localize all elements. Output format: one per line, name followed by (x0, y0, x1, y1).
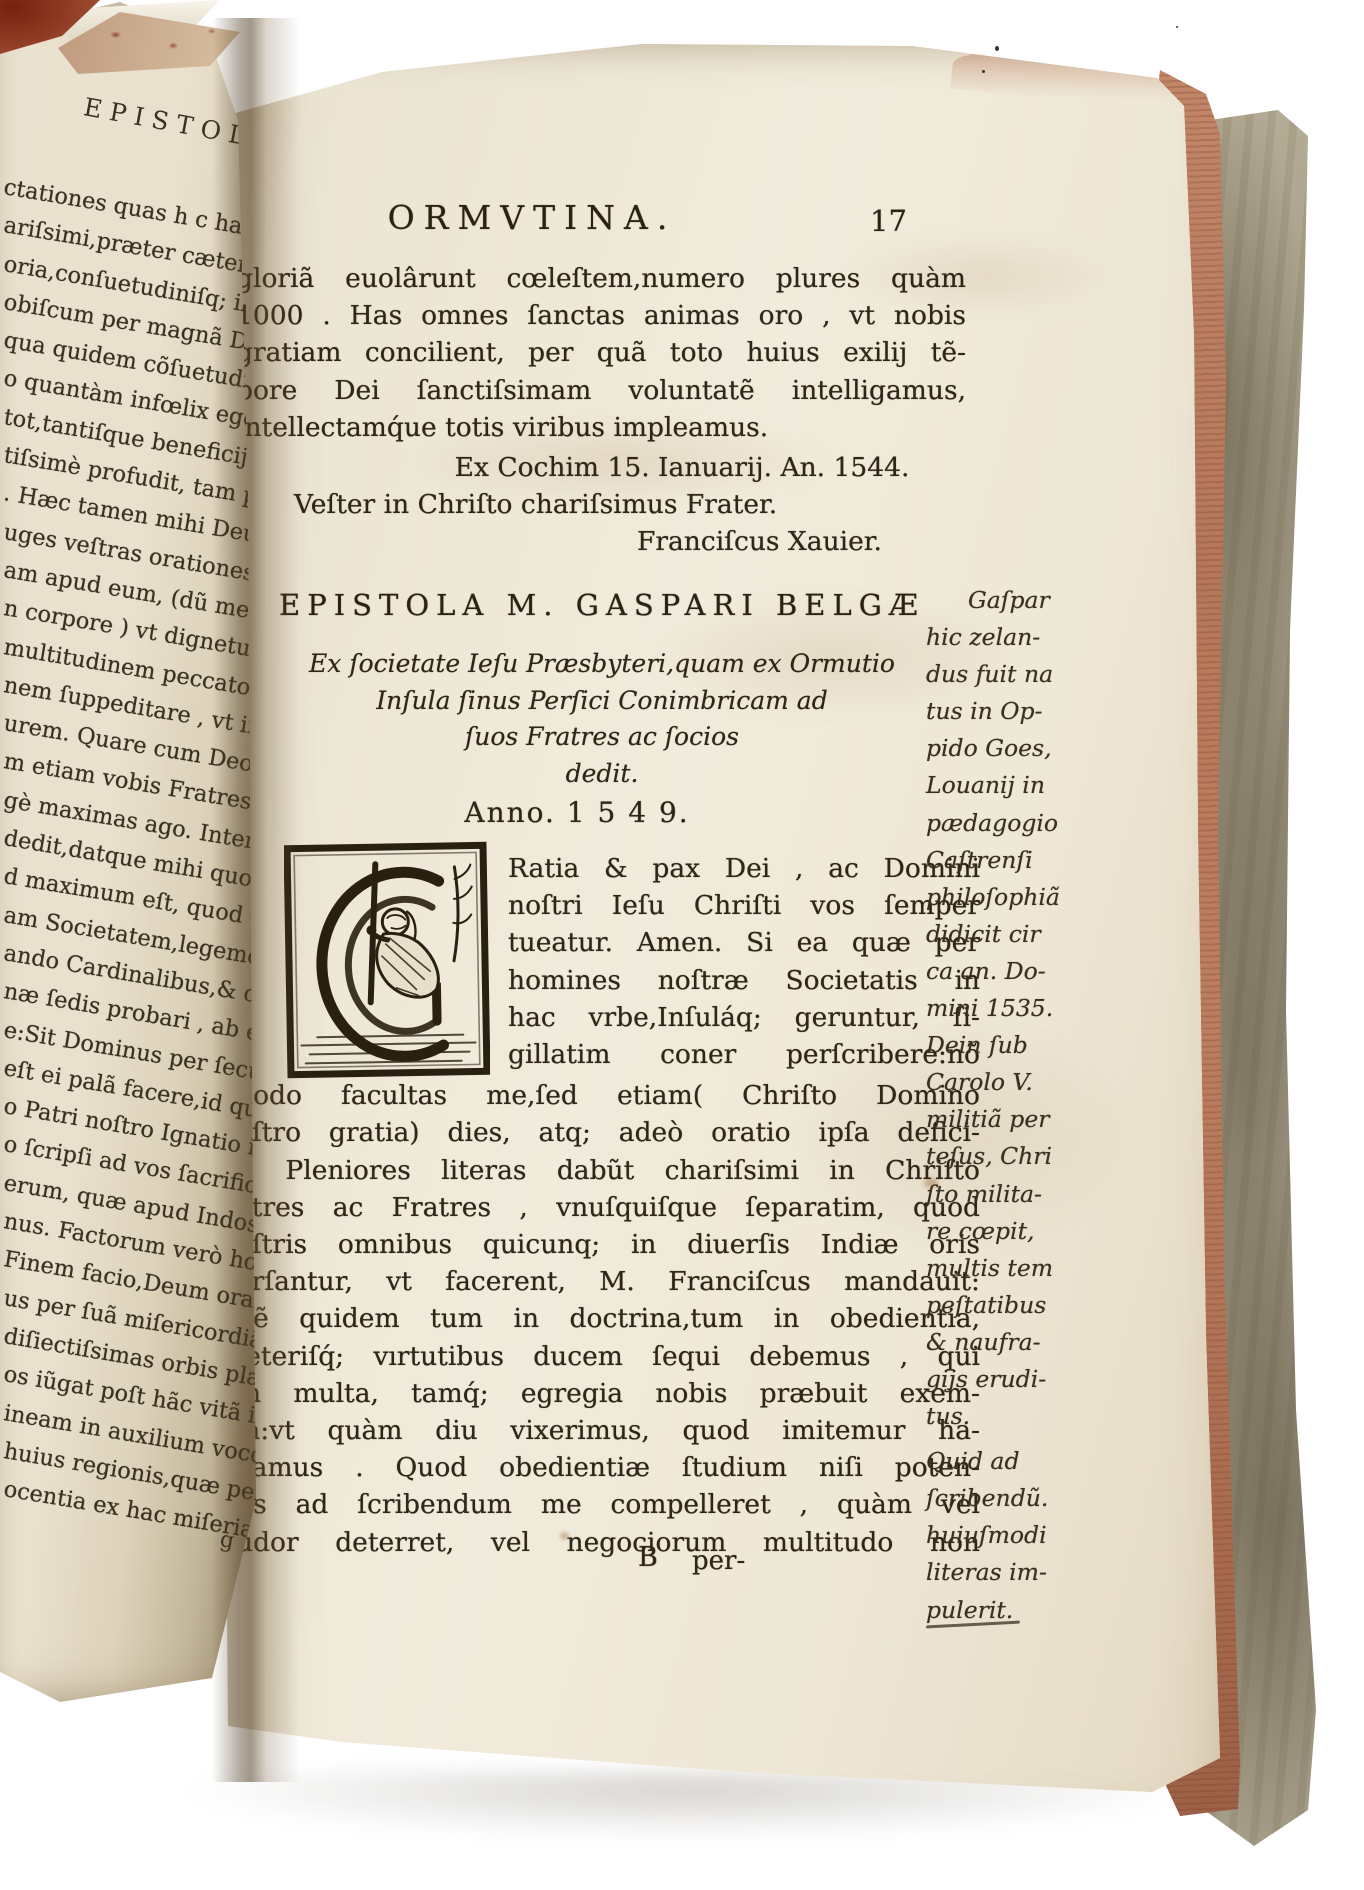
margin-note-line: didicit cir (926, 916, 1112, 953)
dust-speck (995, 46, 999, 51)
catchword: per- (692, 1546, 745, 1576)
body-text-line: Ratia & pax Dei , ac Domini (508, 850, 980, 887)
margin-note-line: multis tem (926, 1250, 1112, 1287)
margin-note-line: peſtatibus (926, 1287, 1112, 1324)
margin-note-line: & naufra- (926, 1324, 1112, 1361)
body-text-line: udor deterret, vel negociorum multitudo … (236, 1524, 980, 1561)
body-text-line: homines noſtræ Societatis in (508, 962, 980, 999)
subtitle-line: Ex ſocietate Ieſu Præsbyteri,quam ex Orm… (252, 646, 952, 683)
running-header-verso: EPISTOLA (81, 92, 256, 157)
letter-heading: EPISTOLA M. GASPARI BELGÆ (252, 588, 952, 622)
opening-paragraph: gloriã euolârunt cœleſtem,numero plures … (236, 260, 966, 446)
body-text-line: noſtri Ieſu Chriſti vos ſemper (508, 887, 980, 924)
body-text-line: la:vt quàm diu vixerimus, quod imitemur … (236, 1412, 980, 1449)
margin-note-line: dus fuit na (926, 656, 1112, 693)
body-text-line: gratiam concilient, per quã toto huius e… (236, 334, 966, 371)
body-text-line: uẽ quidem tum in doctrina,tum in obedien… (236, 1300, 980, 1337)
paragraph-beside-initial: Ratia & pax Dei , ac Domininoſtri Ieſu C… (508, 836, 980, 1073)
body-text-line: hac vrbe,Inſuláq; geruntur, ſi- (508, 999, 980, 1036)
margin-note-line: pido Goes, (926, 730, 1112, 767)
body-text-line: nodo facultas me,ſed etiam( Chriſto Domi… (236, 1077, 980, 1114)
margin-note-quid-ad-scribendum: Quid adſcribendũ.huiuſmodiliteras im-pul… (926, 1443, 1112, 1625)
paragraph-full-width: nodo facultas me,ſed etiam( Chriſto Domi… (236, 1077, 980, 1561)
body-text-line: æteriſq́; vırtutibus ducem ſequi debemus… (236, 1338, 980, 1375)
margin-note-line: literas im- (926, 1554, 1112, 1591)
margin-note-line: militiã per (926, 1101, 1112, 1138)
gathering-signature-mark: B (638, 1542, 658, 1573)
body-text-line: t. Pleniores literas dabũt chariſsimi in… (236, 1152, 980, 1189)
subtitle-line: Inſula ſinus Perſici Conimbricam ad (252, 683, 952, 720)
signature-francis-xavier: Franciſcus Xauier. (502, 526, 882, 557)
letter-body: Ratia & pax Dei , ac Domininoſtri Ieſu C… (236, 836, 980, 1561)
margin-note-line: ca an. Do- (926, 953, 1112, 990)
body-text-line: atres ac Fratres , vnuſquiſque ſeparatim… (236, 1189, 980, 1226)
margin-note-line: Carolo V. (926, 1064, 1112, 1101)
margin-note-line: tus. (926, 1398, 1112, 1435)
margin-note-line: Caſtrenſi (926, 842, 1112, 879)
book-photograph: ORMVTINA. 17 gloriã euolârunt cœleſtem,n… (0, 0, 1364, 1890)
body-text-line: intellectamq́ue totis viribus impleamus. (236, 409, 966, 446)
page-number: 17 (870, 204, 907, 238)
verso-text-fragments: ctationes quas h c habeo,Fratrariſsimi,p… (4, 168, 256, 1508)
margin-note-line: ſto milita- (926, 1176, 1112, 1213)
margin-note-line: Quid ad (926, 1443, 1112, 1480)
margin-note-line: hic zelan- (926, 619, 1112, 656)
body-text-line: oſtro gratia) dies, atq; adeò oratio ipſ… (236, 1114, 980, 1151)
margin-note-line: gijs erudi- (926, 1361, 1112, 1398)
margin-note-line: philoſophiã (926, 879, 1112, 916)
catchword-verso: g (218, 1527, 236, 1554)
body-text-line: us ad ſcribendum me compelleret , quàm v… (236, 1486, 980, 1523)
body-text-line: erſantur, vt facerent, M. Franciſcus man… (236, 1263, 980, 1300)
margin-note-line: re cœpit, (926, 1213, 1112, 1250)
margin-note-line: Gaſpar (926, 582, 1112, 619)
dateline: Ex Cochim 15. Ianuarij. An. 1544. (402, 452, 962, 483)
recto-page: ORMVTINA. 17 gloriã euolârunt cœleſtem,n… (222, 36, 1234, 1836)
margin-note-line: mini 1535. (926, 990, 1112, 1027)
running-header: ORMVTINA. (352, 198, 712, 237)
margin-note-line: ſcribendũ. (926, 1480, 1112, 1517)
anno-line: Anno. 1 5 4 9. (252, 796, 902, 829)
body-text-line: gloriã euolârunt cœleſtem,numero plures … (236, 260, 966, 297)
subtitle-line: dedit. (252, 756, 952, 793)
margin-note-line: huiuſmodi (926, 1517, 1112, 1554)
margin-note-line: tus in Op- (926, 693, 1112, 730)
margin-note-line: pulerit. (926, 1592, 1112, 1626)
margin-note-line: pædagogio (926, 805, 1112, 842)
margin-note-line: teſus, Chri (926, 1138, 1112, 1175)
body-text-line: pore Dei ſanctiſsimam voluntatẽ intellig… (236, 372, 966, 409)
subtitle-line: ſuos Fratres ac ſocios (252, 719, 952, 756)
historiated-initial-g-woodcut (284, 840, 490, 1082)
body-text-line: gillatim coner perſcribere:nõ (508, 1036, 980, 1073)
body-text-line: tueatur. Amen. Si ea quæ per (508, 924, 980, 961)
body-text-line: 1000 . Has omnes ſanctas animas oro , vt… (236, 297, 966, 334)
letter-subtitle: Ex ſocietate Ieſu Præsbyteri,quam ex Orm… (252, 646, 952, 792)
body-text-line: eamus . Quod obedientiæ ſtudium niſi pot… (236, 1449, 980, 1486)
dust-speck (982, 70, 985, 73)
margin-note-gaspar-biography: Gaſparhic zelan-dus fuit natus in Op-pid… (926, 582, 1112, 1435)
printed-marginal-notes: Gaſparhic zelan-dus fuit natus in Op-pid… (926, 582, 1112, 1626)
recto-text-block: ORMVTINA. 17 gloriã euolârunt cœleſtem,n… (222, 36, 1234, 1836)
dust-speck (1176, 26, 1178, 28)
verso-page-partial: EPISTOLA ctationes quas h c habeo,Fratra… (0, 0, 256, 1705)
valediction: Veſter in Chriſto chariſsimus Frater. (294, 489, 777, 520)
margin-note-line: Louanij in (926, 767, 1112, 804)
body-text-line: oſtris omnibus quicunq; in diuerſis Indi… (236, 1226, 980, 1263)
margin-note-line: Dein ſub (926, 1027, 1112, 1064)
body-text-line: m multa, tamq́; egregia nobis præbuit ex… (236, 1375, 980, 1412)
